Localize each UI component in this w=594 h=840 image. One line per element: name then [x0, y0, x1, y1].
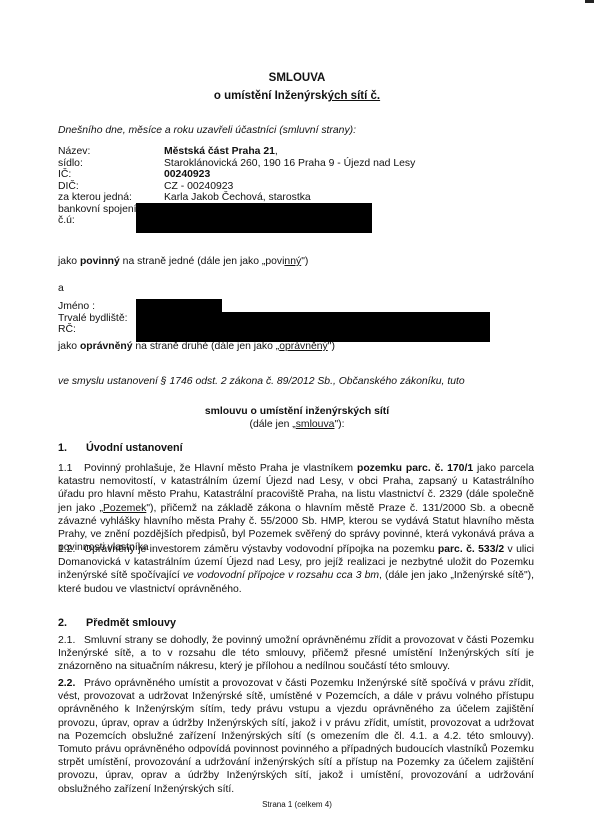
- paragraph-number: 1.2.: [58, 543, 84, 556]
- role-bold: povinný: [80, 256, 120, 267]
- paragraph-2-1: 2.1.Smluvní strany se dohodly, že povinn…: [58, 634, 534, 674]
- role-end: "): [301, 256, 308, 267]
- party-field-label: sídlo:: [58, 158, 83, 169]
- paragraph-text: Smluvní strany se dohodly, že povinný um…: [58, 635, 534, 672]
- party-field-label: RČ:: [58, 324, 76, 335]
- paragraph-text: Právo oprávněného umístit a provozovat v…: [58, 678, 534, 795]
- redaction-name: [136, 299, 222, 313]
- paragraph-text: pozemku parc. č. 170/1: [357, 463, 473, 474]
- party-field-label: Jméno :: [58, 301, 95, 312]
- subtitle-text: o umístění Inženýrsk: [214, 90, 328, 102]
- section-1-heading: 1.Úvodní ustanovení: [58, 442, 183, 454]
- section-number: 2.: [58, 617, 86, 629]
- intro-text: Dnešního dne, měsíce a roku uzavřeli úča…: [58, 125, 356, 136]
- party-field-label: za kterou jedná:: [58, 192, 132, 203]
- document-title: SMLOUVA: [0, 72, 594, 84]
- role-pre: jako: [58, 256, 80, 267]
- party2-role: jako oprávněný na straně druhé (dále jen…: [58, 341, 335, 352]
- role-mid: na straně jedné (dále jen jako „povi: [120, 256, 285, 267]
- section-number: 1.: [58, 442, 86, 454]
- conjunction: a: [58, 283, 64, 294]
- role-underlined: oprávněný: [279, 341, 328, 352]
- paragraph-1-2: 1.2.Oprávněný je investorem záměru výsta…: [58, 543, 534, 596]
- paragraph-text: Povinný prohlašuje, že Hlavní město Prah…: [84, 463, 357, 474]
- party-field-label: č.ú:: [58, 215, 75, 226]
- role-mid: na straně druhé (dále jen jako „: [133, 341, 280, 352]
- alias-end: "):: [334, 419, 344, 430]
- page-corner-mark: [585, 0, 594, 3]
- party-field-label: Trvalé bydliště:: [58, 313, 128, 324]
- subtitle-underlined-text: ých sítí č.: [328, 90, 380, 102]
- paragraph-text: Oprávněný je investorem záměru výstavby …: [84, 544, 438, 555]
- party-field-value: Staroklánovická 260, 190 16 Praha 9 - Új…: [164, 158, 415, 169]
- alias-underlined: smlouva: [296, 419, 335, 430]
- redaction-address-rc: [136, 312, 490, 342]
- paragraph-number: 1.1: [58, 462, 84, 475]
- party-field-label: bankovní spojení:: [58, 204, 139, 215]
- section-title: Předmět smlouvy: [86, 617, 176, 629]
- section-2-heading: 2.Předmět smlouvy: [58, 617, 176, 629]
- contract-alias: (dále jen „smlouva"):: [0, 419, 594, 430]
- paragraph-text: ve vodovodní přípojce v rozsahu cca 3 bm: [183, 570, 379, 581]
- paragraph-text: Pozemek: [103, 503, 146, 514]
- alias-pre: (dále jen „: [250, 419, 296, 430]
- role-end: "): [328, 341, 335, 352]
- party-field-label: IČ:: [58, 169, 71, 180]
- party-field-label: DIČ:: [58, 181, 79, 192]
- role-bold: oprávněný: [80, 341, 133, 352]
- role-underlined: nný: [284, 256, 301, 267]
- party-field-value: 00240923: [164, 169, 210, 180]
- party-field-value: Karla Jakob Čechová, starostka: [164, 192, 311, 203]
- party-field-value: Městská část Praha 21,: [164, 146, 278, 157]
- paragraph-1-1: 1.1Povinný prohlašuje, že Hlavní město P…: [58, 462, 534, 554]
- party-field-label: Název:: [58, 146, 90, 157]
- section-title: Úvodní ustanovení: [86, 442, 183, 454]
- legal-basis: ve smyslu ustanovení § 1746 odst. 2 záko…: [58, 376, 465, 387]
- party1-role: jako povinný na straně jedné (dále jen j…: [58, 256, 308, 267]
- paragraph-text: parc. č. 533/2: [438, 544, 504, 555]
- page-footer: Strana 1 (celkem 4): [0, 800, 594, 809]
- contract-name: smlouvu o umístění inženýrských sítí: [0, 406, 594, 417]
- party-field-value: CZ - 00240923: [164, 181, 233, 192]
- document-subtitle: o umístění Inženýrských sítí č.: [0, 90, 594, 102]
- redaction-bank-details: [136, 203, 372, 233]
- paragraph-number: 2.2.: [58, 677, 84, 690]
- paragraph-2-2: 2.2.Právo oprávněného umístit a provozov…: [58, 677, 534, 796]
- paragraph-number: 2.1.: [58, 634, 84, 647]
- role-pre: jako: [58, 341, 80, 352]
